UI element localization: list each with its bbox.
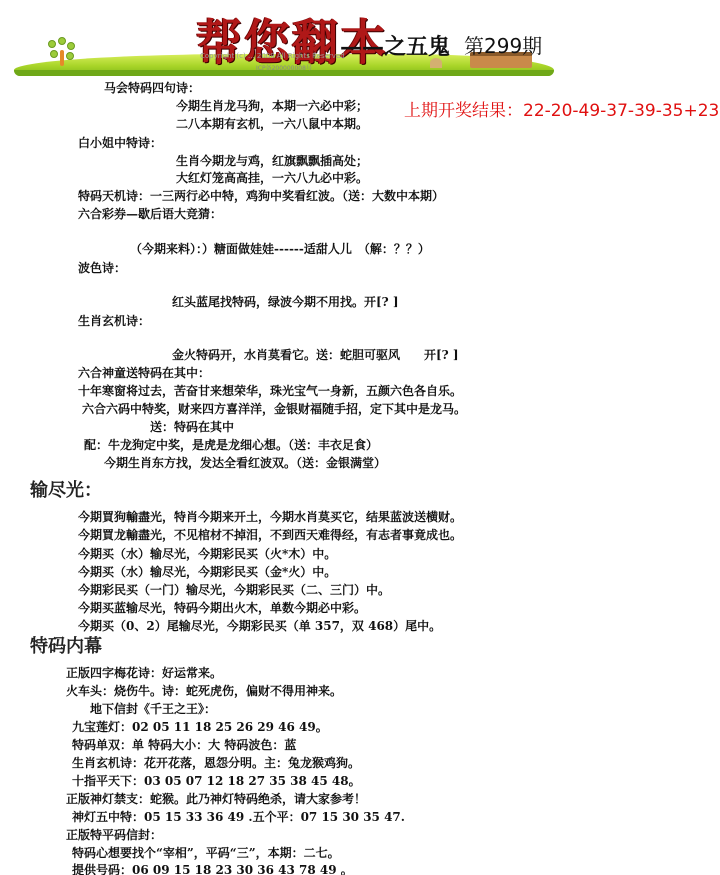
section1-line: 六合六码中特奖，财来四方喜洋洋，金银财福随手招，定下其中是龙马。 <box>82 401 466 417</box>
section1-line: 马会特码四句诗： <box>104 80 200 96</box>
section2-heading: 输尽光： <box>30 480 102 502</box>
section2-line: 今期彩民买（一门）输尽光，今期彩民买（二、三门）中。 <box>78 582 390 598</box>
section1-line: 波色诗： <box>78 260 126 276</box>
copyright-text: Copyright (c) ... 2009 All Rights Reserv… <box>200 52 345 60</box>
section3-line: 正版特平码信封： <box>66 827 162 843</box>
section1-line: 送：特码在其中 <box>150 419 234 435</box>
section1-line: 生肖玄机诗： <box>78 313 150 329</box>
tree-icon <box>48 40 76 66</box>
section1-line: 今期生肖东方找，发达全看红波双。（送：金银满堂） <box>104 455 386 471</box>
section3-line: 神灯五中特：05 15 33 36 49 .五个平：07 15 30 35 47… <box>72 809 405 825</box>
section1-line: 生肖今期龙与鸡，红旗飘飘插高处； <box>176 153 368 169</box>
section1-line: 六合神童送特码在其中： <box>78 365 210 381</box>
section3-line: 特码心想要找个“宰相”，平码“三”，本期：二七。 <box>72 845 340 861</box>
section3-line: 正版四字梅花诗：好运常来。 <box>66 665 222 681</box>
section1-line: 大红灯笼高高挂，一六八九必中彩。 <box>176 170 368 186</box>
section3-line: 正版神灯禁支：蛇猴。此乃神灯特码绝杀，请大家参考！ <box>66 791 366 807</box>
section1-line: 十年寒窗将过去，苦奋甘来想荣华，珠光宝气一身新，五颜六色各自乐。 <box>78 383 462 399</box>
section2-line: 今期买（水）输尽光，今期彩民买（金*火）中。 <box>78 564 336 580</box>
section1-line: 金火特码开，水肖莫看它。送：蛇胆可驱风 开[? ] <box>172 347 459 363</box>
section3-line: 特码单双：单 特码大小：大 特码波色：蓝 <box>72 737 296 753</box>
section2-line: 今期買狗輸盡光，特肖今期来开土，今期水肖莫买它，结果蓝波送横财。 <box>78 509 462 525</box>
section1-line: 白小姐中特诗： <box>78 135 162 151</box>
section3-line: 地下信封《千王之王》： <box>90 701 216 717</box>
section2-line: 今期买（0、2）尾输尽光，今期彩民买（单 357，双 468）尾中。 <box>78 618 441 634</box>
issue-number: 第299期 <box>464 30 542 59</box>
section1-line: 六合彩券—歇后语大竞猜： <box>78 206 222 222</box>
section1-line: 今期生肖龙马狗，本期一六必中彩； <box>176 98 368 114</box>
last-result: 上期开奖结果：22-20-49-37-39-35+23 <box>404 96 719 121</box>
section3-heading: 特码内幕 <box>30 636 102 658</box>
section1-line: 配：牛龙狗定中奖，是虎是龙细心想。（送：丰衣足食） <box>84 437 378 453</box>
page-subtitle: ——之五鬼 <box>340 30 450 61</box>
section1-line: 红头蓝尾找特码，绿波今期不用找。开[? ] <box>172 294 399 310</box>
section3-line: 火车头：烧伤牛。诗：蛇死虎伤，偏财不得用神来。 <box>66 683 342 699</box>
section2-line: 今期买蓝输尽光，特码今期出火木，单数今期必中彩。 <box>78 600 366 616</box>
section3-line: 十指平天下：03 05 07 12 18 27 35 38 45 48。 <box>72 773 361 789</box>
section1-line: 特码天机诗：一三两行必中特，鸡狗中奖看红波。（送：大数中本期） <box>78 188 444 204</box>
section3-line: 提供号码：06 09 15 18 23 30 36 43 78 49 。 <box>72 862 353 875</box>
section3-line: 生肖玄机诗：花开花落，恩怨分明。主：兔龙猴鸡狗。 <box>72 755 360 771</box>
section2-line: 今期买（水）输尽光，今期彩民买（火*木）中。 <box>78 546 336 562</box>
section1-line: （今期来料）：）糖面做娃娃------适甜人儿 （解：？？） <box>130 241 430 257</box>
section2-line: 今期買龙輸盡光，不见棺材不掉泪，不到西天难得经，有志者事竟成也。 <box>78 527 462 543</box>
header-banner: 帮您翻本 Copyright (c) ... 2009 All Rights R… <box>0 0 720 78</box>
icp-text: ICP备200000008号 <box>256 63 312 72</box>
section3-line: 九宝莲灯：02 05 11 18 25 26 29 46 49。 <box>72 719 328 735</box>
section1-line: 二八本期有玄机，一六八鼠中本期。 <box>176 116 368 132</box>
